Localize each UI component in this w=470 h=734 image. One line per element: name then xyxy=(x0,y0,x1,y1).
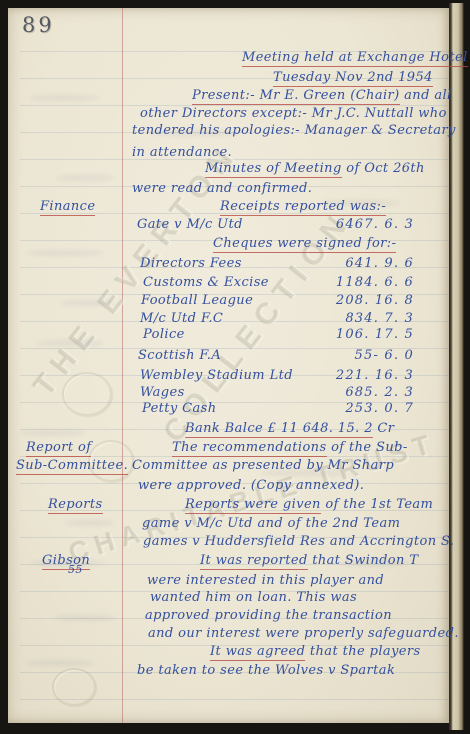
minutes-line: Petty Cash253. 0. 7 xyxy=(0,401,470,421)
minutes-line: Football League208. 16. 8 xyxy=(0,293,470,313)
handwriting-text: Receipts reported was:- xyxy=(220,199,386,214)
handwriting-text: It was reported that Swindon T xyxy=(200,553,418,568)
handwriting-text: wanted him on loan. This was xyxy=(150,590,357,605)
handwriting-text: Gate v M/c Utd xyxy=(137,217,243,232)
amount-value: 253. 0. 7 xyxy=(300,401,414,416)
minutes-line: wanted him on loan. This was xyxy=(0,590,470,610)
handwriting-text: Wages xyxy=(140,385,185,400)
handwriting-text: approved providing the transaction xyxy=(145,608,392,623)
minutes-line: Customs & Excise1184. 6. 6 xyxy=(0,275,470,295)
handwriting-text: It was agreed that the players xyxy=(210,644,421,659)
amount-value: 6467. 6. 3 xyxy=(300,217,414,232)
amount-value: 106. 17. 5 xyxy=(300,327,414,342)
minutes-line: Gibson55It was reported that Swindon T xyxy=(0,553,470,573)
margin-heading: Report of xyxy=(26,440,91,457)
amount-value: 641. 9. 6 xyxy=(300,256,414,271)
handwriting-text: Petty Cash xyxy=(142,401,217,416)
minutes-line: Directors Fees641. 9. 6 xyxy=(0,256,470,276)
amount-value: 1184. 6. 6 xyxy=(300,275,414,290)
handwriting-text: Football League xyxy=(141,293,253,308)
handwriting-text: M/c Utd F.C xyxy=(140,311,223,326)
handwriting-text: in attendance. xyxy=(132,145,232,160)
amount-value: 685. 2. 3 xyxy=(300,385,414,400)
minutes-line: be taken to see the Wolves v Spartak xyxy=(0,663,470,683)
minutes-line: FinanceReceipts reported was:- xyxy=(0,199,470,219)
handwriting-text: game v M/c Utd and of the 2nd Team xyxy=(142,516,400,531)
minutes-line: Police106. 17. 5 xyxy=(0,327,470,347)
handwriting-text: Cheques were signed for:- xyxy=(213,236,396,251)
handwriting-text: Minutes of Meeting of Oct 26th xyxy=(205,161,425,176)
handwriting-text: Reports were given of the 1st Team xyxy=(185,497,433,512)
amount-value: 208. 16. 8 xyxy=(300,293,414,308)
handwriting-text: Committee as presented by Mr Sharp xyxy=(132,458,394,473)
handwriting-text: be taken to see the Wolves v Spartak xyxy=(137,663,395,678)
minutes-line: Gate v M/c Utd6467. 6. 3 xyxy=(0,217,470,237)
minutes-line: were approved. (Copy annexed). xyxy=(0,478,470,498)
handwriting-text: Meeting held at Exchange Hotel xyxy=(242,50,468,65)
minutes-line: Report ofThe recommendations of the Sub- xyxy=(0,440,470,460)
amount-value: 834. 7. 3 xyxy=(300,311,414,326)
minutes-line: game v M/c Utd and of the 2nd Team xyxy=(0,516,470,536)
handwriting-text: Tuesday Nov 2nd 1954 xyxy=(273,70,433,85)
minutes-line: tendered his apologies:- Manager & Secre… xyxy=(0,123,470,143)
handwriting-text: were approved. (Copy annexed). xyxy=(138,478,364,493)
margin-heading: Reports xyxy=(48,497,103,514)
minutes-line: ReportsReports were given of the 1st Tea… xyxy=(0,497,470,517)
handwriting-text: other Directors except:- Mr J.C. Nuttall… xyxy=(140,106,447,121)
handwriting-text: Directors Fees xyxy=(140,256,242,271)
amount-value: 221. 16. 3 xyxy=(300,368,414,383)
minutes-line: Present:- Mr E. Green (Chair) and all xyxy=(0,88,470,108)
minutes-line: Scottish F.A55- 6. 0 xyxy=(0,348,470,368)
handwriting-text: Customs & Excise xyxy=(143,275,269,290)
margin-heading: Sub-Committee. xyxy=(16,458,128,475)
minutes-line: Tuesday Nov 2nd 1954 xyxy=(0,70,470,90)
handwriting-text: Police xyxy=(143,327,185,342)
minutes-line: and our interest were properly safeguard… xyxy=(0,626,470,646)
minutes-line: Cheques were signed for:- xyxy=(0,236,470,256)
minutes-line: Minutes of Meeting of Oct 26th xyxy=(0,161,470,181)
minutes-line: It was agreed that the players xyxy=(0,644,470,664)
minutes-line: Bank Balce £ 11 648. 15. 2 Cr xyxy=(0,421,470,441)
margin-heading: Finance xyxy=(40,199,95,216)
minutes-line: were read and confirmed. xyxy=(0,181,470,201)
handwriting-text: Wembley Stadium Ltd xyxy=(140,368,293,383)
handwriting-text: were read and confirmed. xyxy=(132,181,312,196)
handwriting-text: tendered his apologies:- Manager & Secre… xyxy=(132,123,456,138)
margin-heading: Gibson xyxy=(42,553,90,570)
handwriting-text: were interested in this player and xyxy=(147,573,384,588)
handwriting-text: and our interest were properly safeguard… xyxy=(148,626,459,641)
handwriting-text: Present:- Mr E. Green (Chair) and all xyxy=(192,88,452,103)
handwriting-text: Bank Balce £ 11 648. 15. 2 Cr xyxy=(185,421,394,436)
handwriting-text: Scottish F.A xyxy=(138,348,221,363)
handwriting-text: The recommendations of the Sub- xyxy=(172,440,408,455)
minutes-line: Sub-Committee.Committee as presented by … xyxy=(0,458,470,478)
amount-value: 55- 6. 0 xyxy=(300,348,414,363)
handwritten-minutes: Meeting held at Exchange HotelTuesday No… xyxy=(0,0,470,734)
minutes-line: games v Huddersfield Res and Accrington … xyxy=(0,534,470,554)
minutes-line: Meeting held at Exchange Hotel xyxy=(0,50,470,70)
minutes-line: approved providing the transaction xyxy=(0,608,470,628)
scanned-minute-book-page: { "page": { "number": "89" }, "watermark… xyxy=(0,0,470,734)
handwriting-text: games v Huddersfield Res and Accrington … xyxy=(143,534,454,549)
